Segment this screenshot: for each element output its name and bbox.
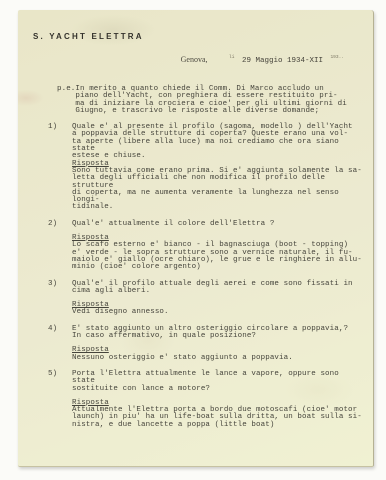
answer-text: Vedi disegno annesso.	[72, 309, 363, 316]
qa-item-3: 3) Qual'e' il profilo attuale degli aere…	[18, 281, 373, 317]
dateline-place: Genova,	[181, 55, 208, 64]
answer-text: Sono tuttavia come erano prima. Si e' ag…	[72, 168, 363, 212]
qa-item-5: 5) Porta l'Elettra attualmente le lance …	[18, 371, 373, 429]
scan-background: S. YACHT ELETTRA Genova, li 29 Maggio 19…	[0, 0, 386, 480]
dateline-date: 29 Maggio 1934-XII	[242, 57, 323, 65]
item-number: 5)	[48, 371, 72, 429]
intro-label: p.e.	[57, 86, 75, 115]
intro-text: In merito a quanto chiede il Comm. Di Ma…	[75, 86, 359, 115]
question-text: E' stato aggiunto un altro osteriggio ci…	[72, 326, 363, 341]
qa-item-2: 2) Qual'e' attualmente il colore dell'El…	[18, 221, 373, 272]
dateline: Genova, li 29 Maggio 1934-XII 193..	[181, 55, 347, 65]
question-text: Qual'e' il profilo attuale degli aerei e…	[72, 281, 363, 296]
intro-paragraph: p.e. In merito a quanto chiede il Comm. …	[18, 86, 373, 115]
item-number: 3)	[48, 281, 72, 317]
item-number: 4)	[48, 326, 72, 362]
answer-text: Attualmente l'Elettra porta a bordo due …	[72, 407, 363, 429]
answer-text: Nessuno osteriggio e' stato aggiunto a p…	[72, 355, 363, 362]
question-text: Quale e' al presente il profilo (sagoma,…	[72, 124, 363, 160]
qa-item-1: 1) Quale e' al presente il profilo (sago…	[18, 124, 373, 212]
answer-text: Lo scafo esterno e' bianco - il bagnasci…	[72, 242, 363, 271]
dateline-printed-li: li	[229, 55, 234, 60]
document-page: S. YACHT ELETTRA Genova, li 29 Maggio 19…	[18, 10, 374, 467]
item-number: 2)	[48, 221, 72, 272]
letter-body: p.e. In merito a quanto chiede il Comm. …	[18, 86, 373, 429]
dateline-year-placeholder: 193..	[330, 55, 344, 60]
question-text: Qual'e' attualmente il colore dell'Elett…	[72, 221, 363, 228]
letterhead: S. YACHT ELETTRA	[33, 32, 144, 41]
item-number: 1)	[48, 124, 72, 212]
question-text: Porta l'Elettra attualmente le lance a v…	[72, 371, 363, 393]
qa-item-4: 4) E' stato aggiunto un altro osteriggio…	[18, 326, 373, 362]
